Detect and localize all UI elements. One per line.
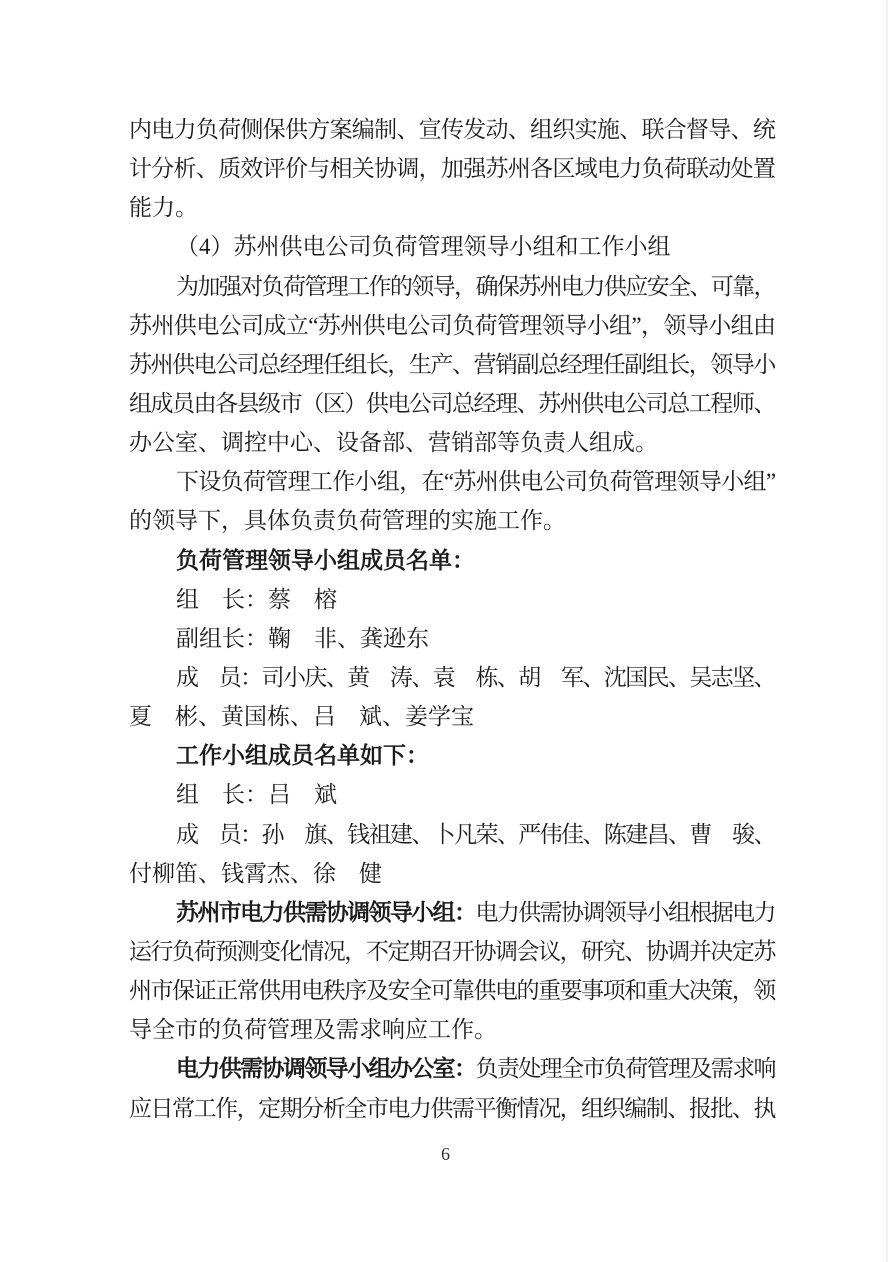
doc-line-bold-lead: 苏州市电力供需协调领导小组：	[176, 900, 475, 925]
doc-line: 运行负荷预测变化情况，不定期召开协调会议，研究、协调并决定苏	[129, 932, 775, 971]
doc-line-text: 付柳笛、钱霄杰、徐 健	[129, 861, 382, 886]
doc-line-bold-lead: 电力供需协调领导小组办公室：	[176, 1056, 475, 1081]
doc-line: 组成员由各县级市（区）供电公司总经理、苏州供电公司总工程师、	[129, 384, 775, 423]
doc-line-text: 苏州供电公司总经理任组长，生产、营销副总经理任副组长，领导小	[129, 352, 775, 377]
doc-line: 州市保证正常供用电秩序及安全可靠供电的重要事项和重大决策，领	[129, 971, 775, 1010]
doc-line: 导全市的负荷管理及需求响应工作。	[129, 1010, 775, 1049]
doc-line-text: 副组长：鞠 非、龚逊东	[176, 626, 429, 651]
document-body: 内电力负荷侧保供方案编制、宣传发动、组织实施、联合督导、统计分析、质效评价与相关…	[129, 110, 775, 1128]
doc-line: 计分析、质效评价与相关协调，加强苏州各区域电力负荷联动处置	[129, 149, 775, 188]
doc-line: 组 长：吕 斌	[129, 775, 775, 814]
doc-line-bold-lead: 工作小组成员名单如下：	[176, 743, 429, 768]
doc-line: 成 员：司小庆、黄 涛、袁 栋、胡 军、沈国民、吴志坚、	[129, 658, 775, 697]
doc-line: 内电力负荷侧保供方案编制、宣传发动、组织实施、联合督导、统	[129, 110, 775, 149]
doc-line: （4）苏州供电公司负荷管理领导小组和工作小组	[129, 227, 775, 266]
doc-line-text: （4）苏州供电公司负荷管理领导小组和工作小组	[176, 234, 671, 259]
doc-line-text: 组 长：吕 斌	[176, 782, 337, 807]
doc-line-text: 夏 彬、黄国栋、吕 斌、姜学宝	[129, 704, 474, 729]
doc-line-bold-lead: 负荷管理领导小组成员名单：	[176, 548, 475, 573]
document-page: 内电力负荷侧保供方案编制、宣传发动、组织实施、联合督导、统计分析、质效评价与相关…	[0, 0, 892, 1262]
doc-line-text: 应日常工作，定期分析全市电力供需平衡情况，组织编制、报批、执	[129, 1096, 775, 1121]
doc-line: 负荷管理领导小组成员名单：	[129, 541, 775, 580]
doc-line-text: 能力。	[129, 195, 198, 220]
doc-line: 组 长：蔡 榕	[129, 580, 775, 619]
doc-line: 能力。	[129, 188, 775, 227]
page-footer: 6	[0, 1144, 892, 1165]
doc-line-text: 的领导下，具体负责负荷管理的实施工作。	[129, 508, 566, 533]
doc-line: 办公室、调控中心、设备部、营销部等负责人组成。	[129, 423, 775, 462]
doc-line: 苏州供电公司成立“苏州供电公司负荷管理领导小组”，领导小组由	[129, 306, 775, 345]
doc-line: 苏州供电公司总经理任组长，生产、营销副总经理任副组长，领导小	[129, 345, 775, 384]
doc-line-text: 组 长：蔡 榕	[176, 587, 337, 612]
doc-line-text: 内电力负荷侧保供方案编制、宣传发动、组织实施、联合督导、统	[129, 117, 775, 142]
doc-line-text: 办公室、调控中心、设备部、营销部等负责人组成。	[129, 430, 658, 455]
doc-line-text: 导全市的负荷管理及需求响应工作。	[129, 1017, 497, 1042]
doc-line: 夏 彬、黄国栋、吕 斌、姜学宝	[129, 697, 775, 736]
doc-line: 成 员：孙 旗、钱祖建、卜凡荣、严伟佳、陈建昌、曹 骏、	[129, 815, 775, 854]
doc-line-text: 下设负荷管理工作小组，在“苏州供电公司负荷管理领导小组”	[176, 469, 775, 494]
doc-line: 下设负荷管理工作小组，在“苏州供电公司负荷管理领导小组”	[129, 462, 775, 501]
doc-line-text: 负责处理全市负荷管理及需求响	[475, 1056, 774, 1081]
doc-line: 电力供需协调领导小组办公室：负责处理全市负荷管理及需求响	[129, 1049, 775, 1088]
doc-line-text: 州市保证正常供用电秩序及安全可靠供电的重要事项和重大决策，领	[129, 978, 775, 1003]
page-number: 6	[441, 1144, 451, 1164]
doc-line-text: 苏州供电公司成立“苏州供电公司负荷管理领导小组”，领导小组由	[129, 313, 775, 338]
doc-line-text: 电力供需协调领导小组根据电力	[475, 900, 774, 925]
doc-line-text: 计分析、质效评价与相关协调，加强苏州各区域电力负荷联动处置	[129, 156, 775, 181]
doc-line-text: 成 员：孙 旗、钱祖建、卜凡荣、严伟佳、陈建昌、曹 骏、	[176, 822, 775, 847]
doc-line: 付柳笛、钱霄杰、徐 健	[129, 854, 775, 893]
doc-line-text: 成 员：司小庆、黄 涛、袁 栋、胡 军、沈国民、吴志坚、	[176, 665, 775, 690]
page-right-edge-line	[886, 0, 888, 1262]
doc-line-text: 为加强对负荷管理工作的领导，确保苏州电力供应安全、可靠，	[176, 274, 775, 299]
doc-line-text: 组成员由各县级市（区）供电公司总经理、苏州供电公司总工程师、	[129, 391, 775, 416]
doc-line-text: 运行负荷预测变化情况，不定期召开协调会议，研究、协调并决定苏	[129, 939, 775, 964]
doc-line: 的领导下，具体负责负荷管理的实施工作。	[129, 501, 775, 540]
doc-line: 副组长：鞠 非、龚逊东	[129, 619, 775, 658]
doc-line: 工作小组成员名单如下：	[129, 736, 775, 775]
doc-line: 苏州市电力供需协调领导小组：电力供需协调领导小组根据电力	[129, 893, 775, 932]
doc-line: 为加强对负荷管理工作的领导，确保苏州电力供应安全、可靠，	[129, 267, 775, 306]
doc-line: 应日常工作，定期分析全市电力供需平衡情况，组织编制、报批、执	[129, 1089, 775, 1128]
